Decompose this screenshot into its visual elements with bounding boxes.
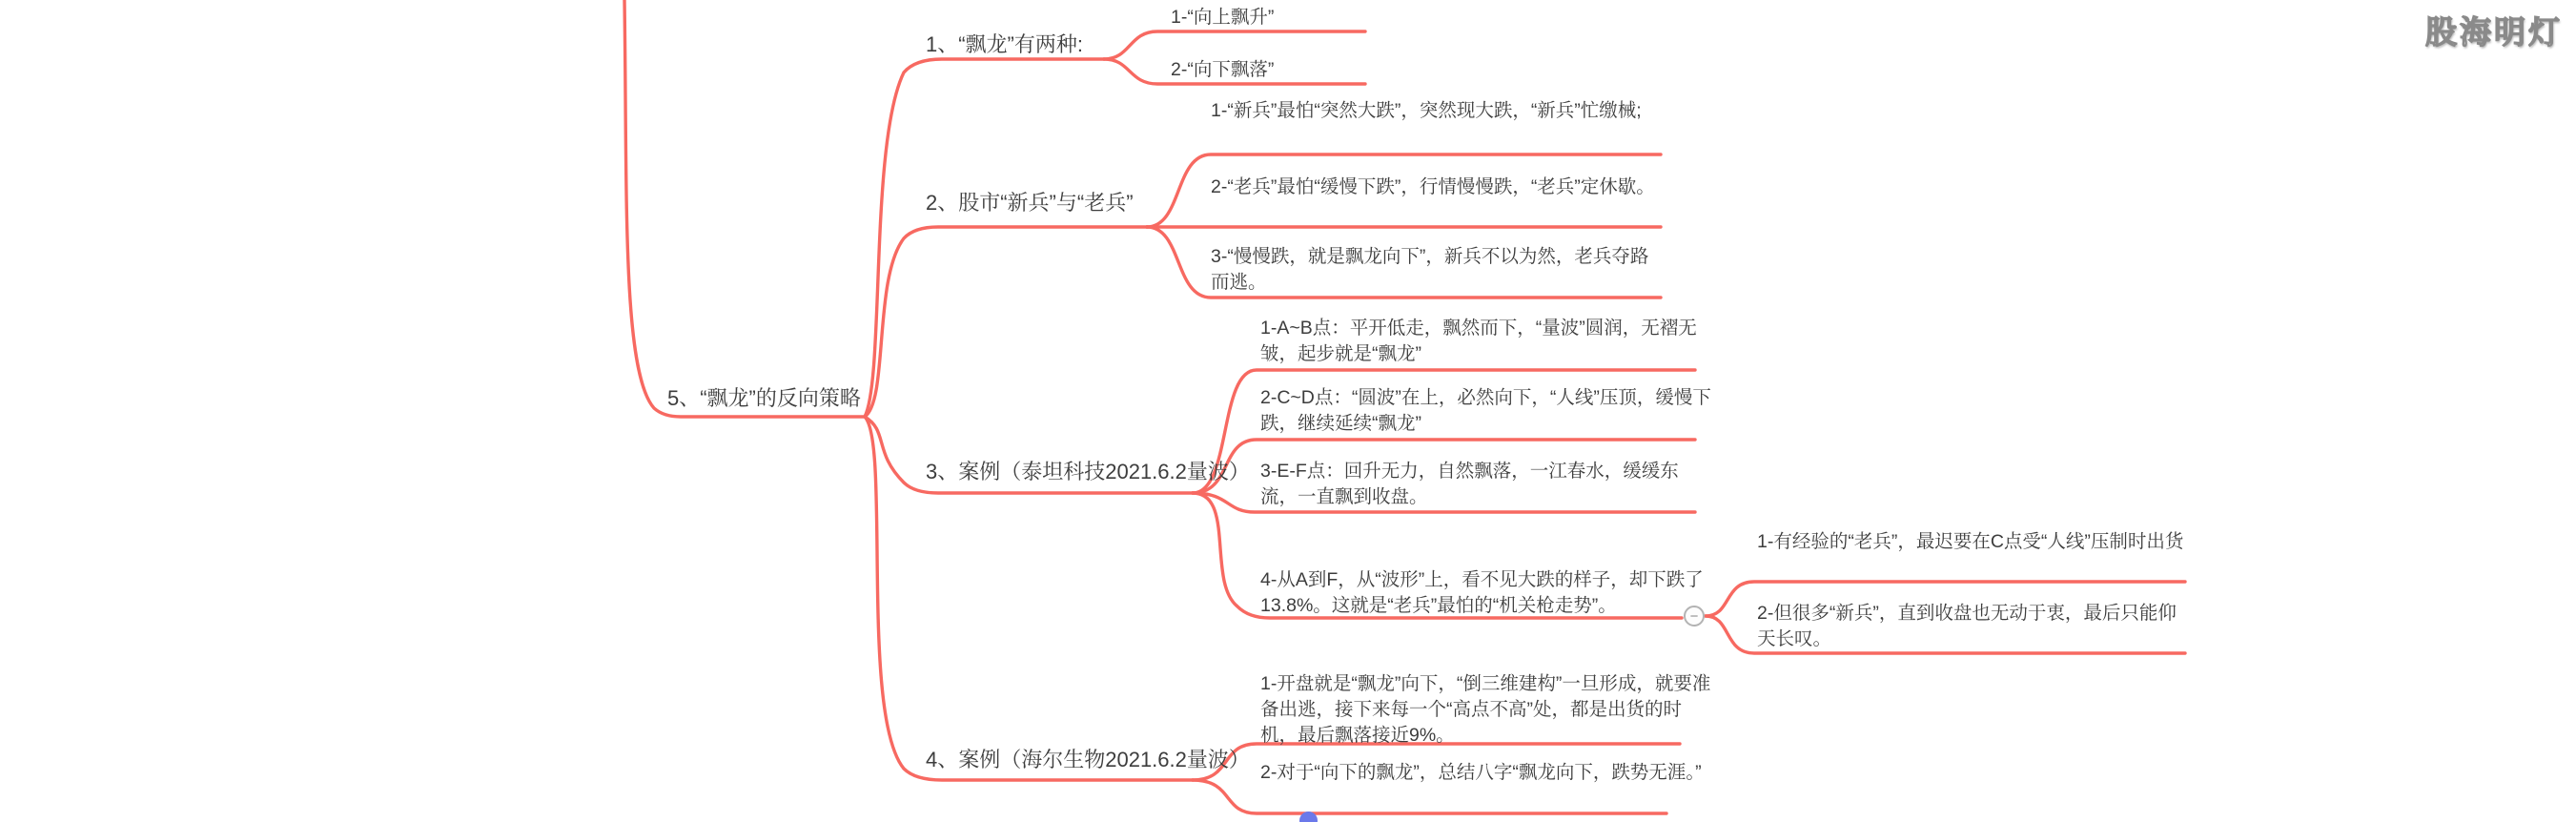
watermark-text: 股海明灯 <box>2425 8 2563 52</box>
node-branch-3-grandchild-1[interactable]: 1-有经验的“老兵”，最迟要在C点受“人线”压制时出货 <box>1757 529 2188 555</box>
node-branch-1[interactable]: 1、“飘龙”有两种: <box>926 31 1083 58</box>
mindmap-canvas: 5、“飘龙”的反向策略 1、“飘龙”有两种: 1-“向上飘升” 2-“向下飘落”… <box>0 0 2576 822</box>
node-root[interactable]: 5、“飘龙”的反向策略 <box>667 385 861 412</box>
collapse-button[interactable]: − <box>1684 606 1705 627</box>
node-branch-3[interactable]: 3、案例（泰坦科技2021.6.2量波） <box>926 459 1250 485</box>
collapsed-branch-indicator[interactable] <box>1299 812 1318 822</box>
node-branch-1-child-1[interactable]: 1-“向上飘升” <box>1171 5 1274 31</box>
node-branch-4-child-1[interactable]: 1-开盘就是“飘龙”向下，“倒三维建构”一旦形成，就要准备出逃，接下来每一个“高… <box>1260 671 1716 749</box>
node-branch-2-child-2[interactable]: 2-“老兵”最怕“缓慢下跌”，行情慢慢跌，“老兵”定休歇。 <box>1211 175 1659 200</box>
node-branch-2[interactable]: 2、股市“新兵”与“老兵” <box>926 190 1134 216</box>
node-branch-2-child-1[interactable]: 1-“新兵”最怕“突然大跌”，突然现大跌，“新兵”忙缴械; <box>1211 98 1659 124</box>
node-branch-4-child-2[interactable]: 2-对于“向下的飘龙”，总结八字“飘龙向下，跌势无涯。” <box>1260 760 1708 786</box>
node-branch-3-child-3[interactable]: 3-E-F点：回升无力，自然飘落，一江春水，缓缓东流，一直飘到收盘。 <box>1260 459 1713 510</box>
node-branch-3-grandchild-2[interactable]: 2-但很多“新兵”，直到收盘也无动于衷，最后只能仰天长叹。 <box>1757 601 2188 652</box>
node-branch-4[interactable]: 4、案例（海尔生物2021.6.2量波） <box>926 747 1250 773</box>
node-branch-3-child-2[interactable]: 2-C~D点：“圆波”在上，必然向下，“人线”压顶，缓慢下跌，继续延续“飘龙” <box>1260 385 1713 437</box>
node-branch-2-child-3[interactable]: 3-“慢慢跌，就是飘龙向下”，新兵不以为然，老兵夺路而逃。 <box>1211 244 1659 296</box>
node-branch-3-child-4[interactable]: 4-从A到F，从“波形”上，看不见大跌的样子，却下跌了13.8%。这就是“老兵”… <box>1260 567 1718 619</box>
node-branch-3-child-1[interactable]: 1-A~B点：平开低走，飘然而下，“量波”圆润，无褶无皱，起步就是“飘龙” <box>1260 316 1713 367</box>
node-branch-1-child-2[interactable]: 2-“向下飘落” <box>1171 57 1274 83</box>
